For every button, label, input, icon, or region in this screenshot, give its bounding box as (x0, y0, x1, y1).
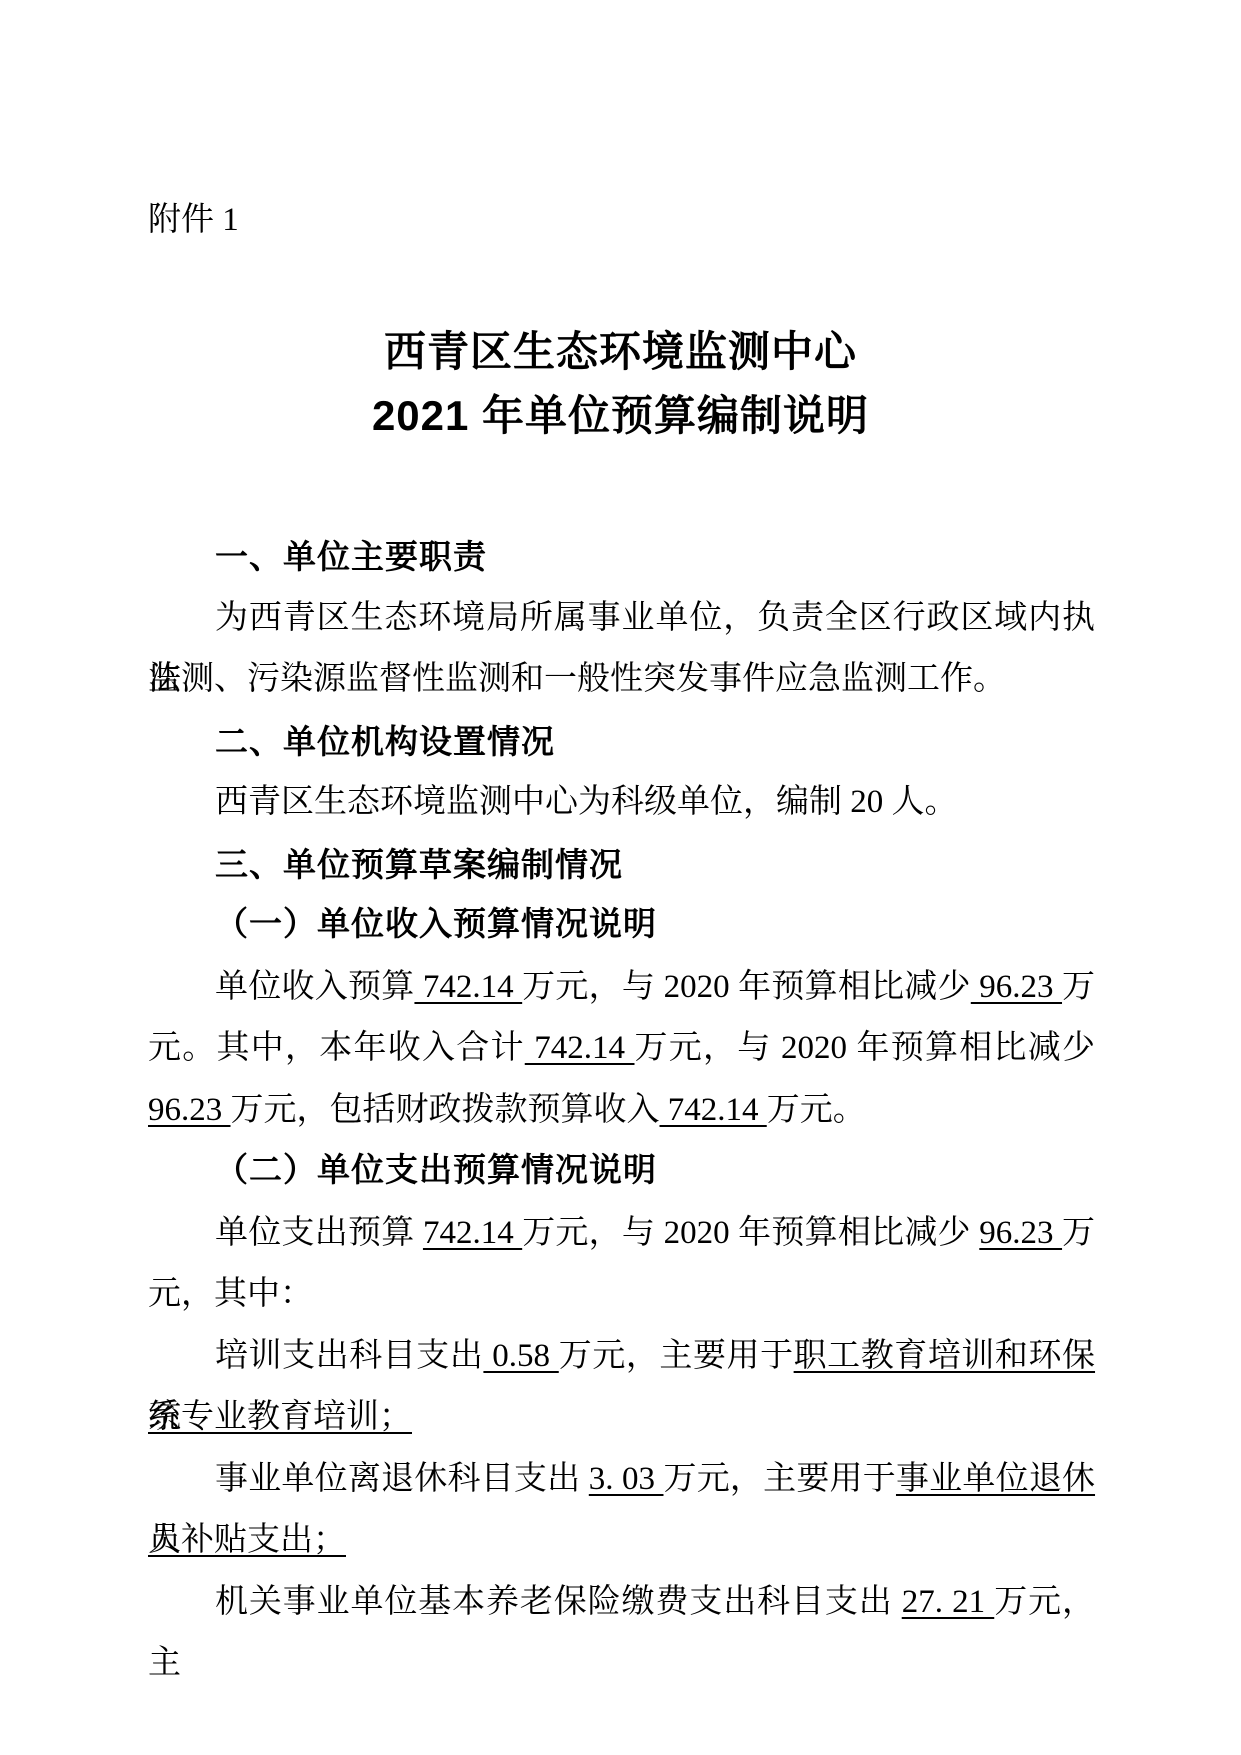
document-title: 西青区生态环境监测中心 2021 年单位预算编制说明 (0, 320, 1241, 448)
document-page: 附件 1 西青区生态环境监测中心 2021 年单位预算编制说明 一、单位主要职责… (0, 0, 1241, 1755)
text-segment: 单位收入预算 (215, 969, 414, 1005)
title-line-1: 西青区生态环境监测中心 (0, 320, 1241, 384)
pension-expense-line: 机关事业单位基本养老保险缴费支出科目支出 27. 21 万元，主 (148, 1572, 1095, 1634)
income-line-3: 96.23 万元，包括财政拨款预算收入 742.14 万元。 (148, 1080, 1095, 1142)
section-2-paragraph: 西青区生态环境监测中心为科级单位，编制 20 人。 (148, 772, 1095, 834)
training-expense-line-2: 统专业教育培训； (148, 1387, 1095, 1449)
income-subheading: （一）单位收入预算情况说明 (148, 895, 1095, 957)
section-1-paragraph-line-2: 监测、污染源监督性监测和一般性突发事件应急监测工作。 (148, 649, 1095, 711)
document-body: 一、单位主要职责 为西青区生态环境局所属事业单位，负责全区行政区域内执法 监测、… (148, 526, 1095, 1633)
text-segment: 万元，包括财政拨款预算收入 (231, 1092, 660, 1128)
section-3-heading: 三、单位预算草案编制情况 (148, 834, 1095, 896)
underlined-phrase: 员补贴支出； (148, 1522, 346, 1558)
text-segment: 培训支出科目支出 (215, 1338, 483, 1374)
text-segment: 万元，主要用于 (663, 1461, 895, 1497)
underlined-value: 0.58 (483, 1338, 558, 1374)
text-segment: 单位支出预算 (215, 1215, 423, 1251)
underlined-value: 96.23 (148, 1092, 231, 1128)
retirement-expense-line-2: 员补贴支出； (148, 1510, 1095, 1572)
underlined-phrase: 统专业教育培训； (148, 1399, 412, 1435)
income-line-2: 元。其中，本年收入合计 742.14 万元，与 2020 年预算相比减少 (148, 1018, 1095, 1080)
underlined-value: 742.14 (525, 1030, 635, 1066)
text-segment: 万 (1062, 969, 1095, 1005)
section-1-heading: 一、单位主要职责 (148, 526, 1095, 588)
text-segment: 元。其中，本年收入合计 (148, 1030, 525, 1066)
section-1-paragraph-line-1: 为西青区生态环境局所属事业单位，负责全区行政区域内执法 (148, 588, 1095, 650)
underlined-value: 742.14 (660, 1092, 767, 1128)
title-line-2: 2021 年单位预算编制说明 (0, 384, 1241, 448)
training-expense-line-1: 培训支出科目支出 0.58 万元，主要用于职工教育培训和环保系 (148, 1326, 1095, 1388)
underlined-value: 742.14 (414, 969, 522, 1005)
underlined-value: 96.23 (979, 1215, 1062, 1251)
underlined-value: 742.14 (423, 1215, 522, 1251)
text-segment: 万元，与 2020 年预算相比减少 (522, 1215, 979, 1251)
text-segment: 机关事业单位基本养老保险缴费支出科目支出 (215, 1584, 902, 1620)
expense-subheading: （二）单位支出预算情况说明 (148, 1141, 1095, 1203)
expense-line-1: 单位支出预算 742.14 万元，与 2020 年预算相比减少 96.23 万 (148, 1203, 1095, 1265)
expense-line-2: 元，其中： (148, 1264, 1095, 1326)
underlined-value: 96.23 (971, 969, 1062, 1005)
underlined-value: 3. 03 (589, 1461, 664, 1497)
text-segment: 万元，与 2020 年预算相比减少 (522, 969, 971, 1005)
income-line-1: 单位收入预算 742.14 万元，与 2020 年预算相比减少 96.23 万 (148, 957, 1095, 1019)
text-segment: 万元。 (767, 1092, 866, 1128)
attachment-label: 附件 1 (148, 200, 239, 240)
text-segment: 事业单位离退休科目支出 (215, 1461, 589, 1497)
text-segment: 万元，与 2020 年预算相比减少 (635, 1030, 1096, 1066)
underlined-value: 27. 21 (902, 1584, 995, 1620)
text-segment: 万元，主要用于 (559, 1338, 794, 1374)
retirement-expense-line-1: 事业单位离退休科目支出 3. 03 万元，主要用于事业单位退休人 (148, 1449, 1095, 1511)
text-segment: 万 (1062, 1215, 1095, 1251)
section-2-heading: 二、单位机构设置情况 (148, 711, 1095, 773)
